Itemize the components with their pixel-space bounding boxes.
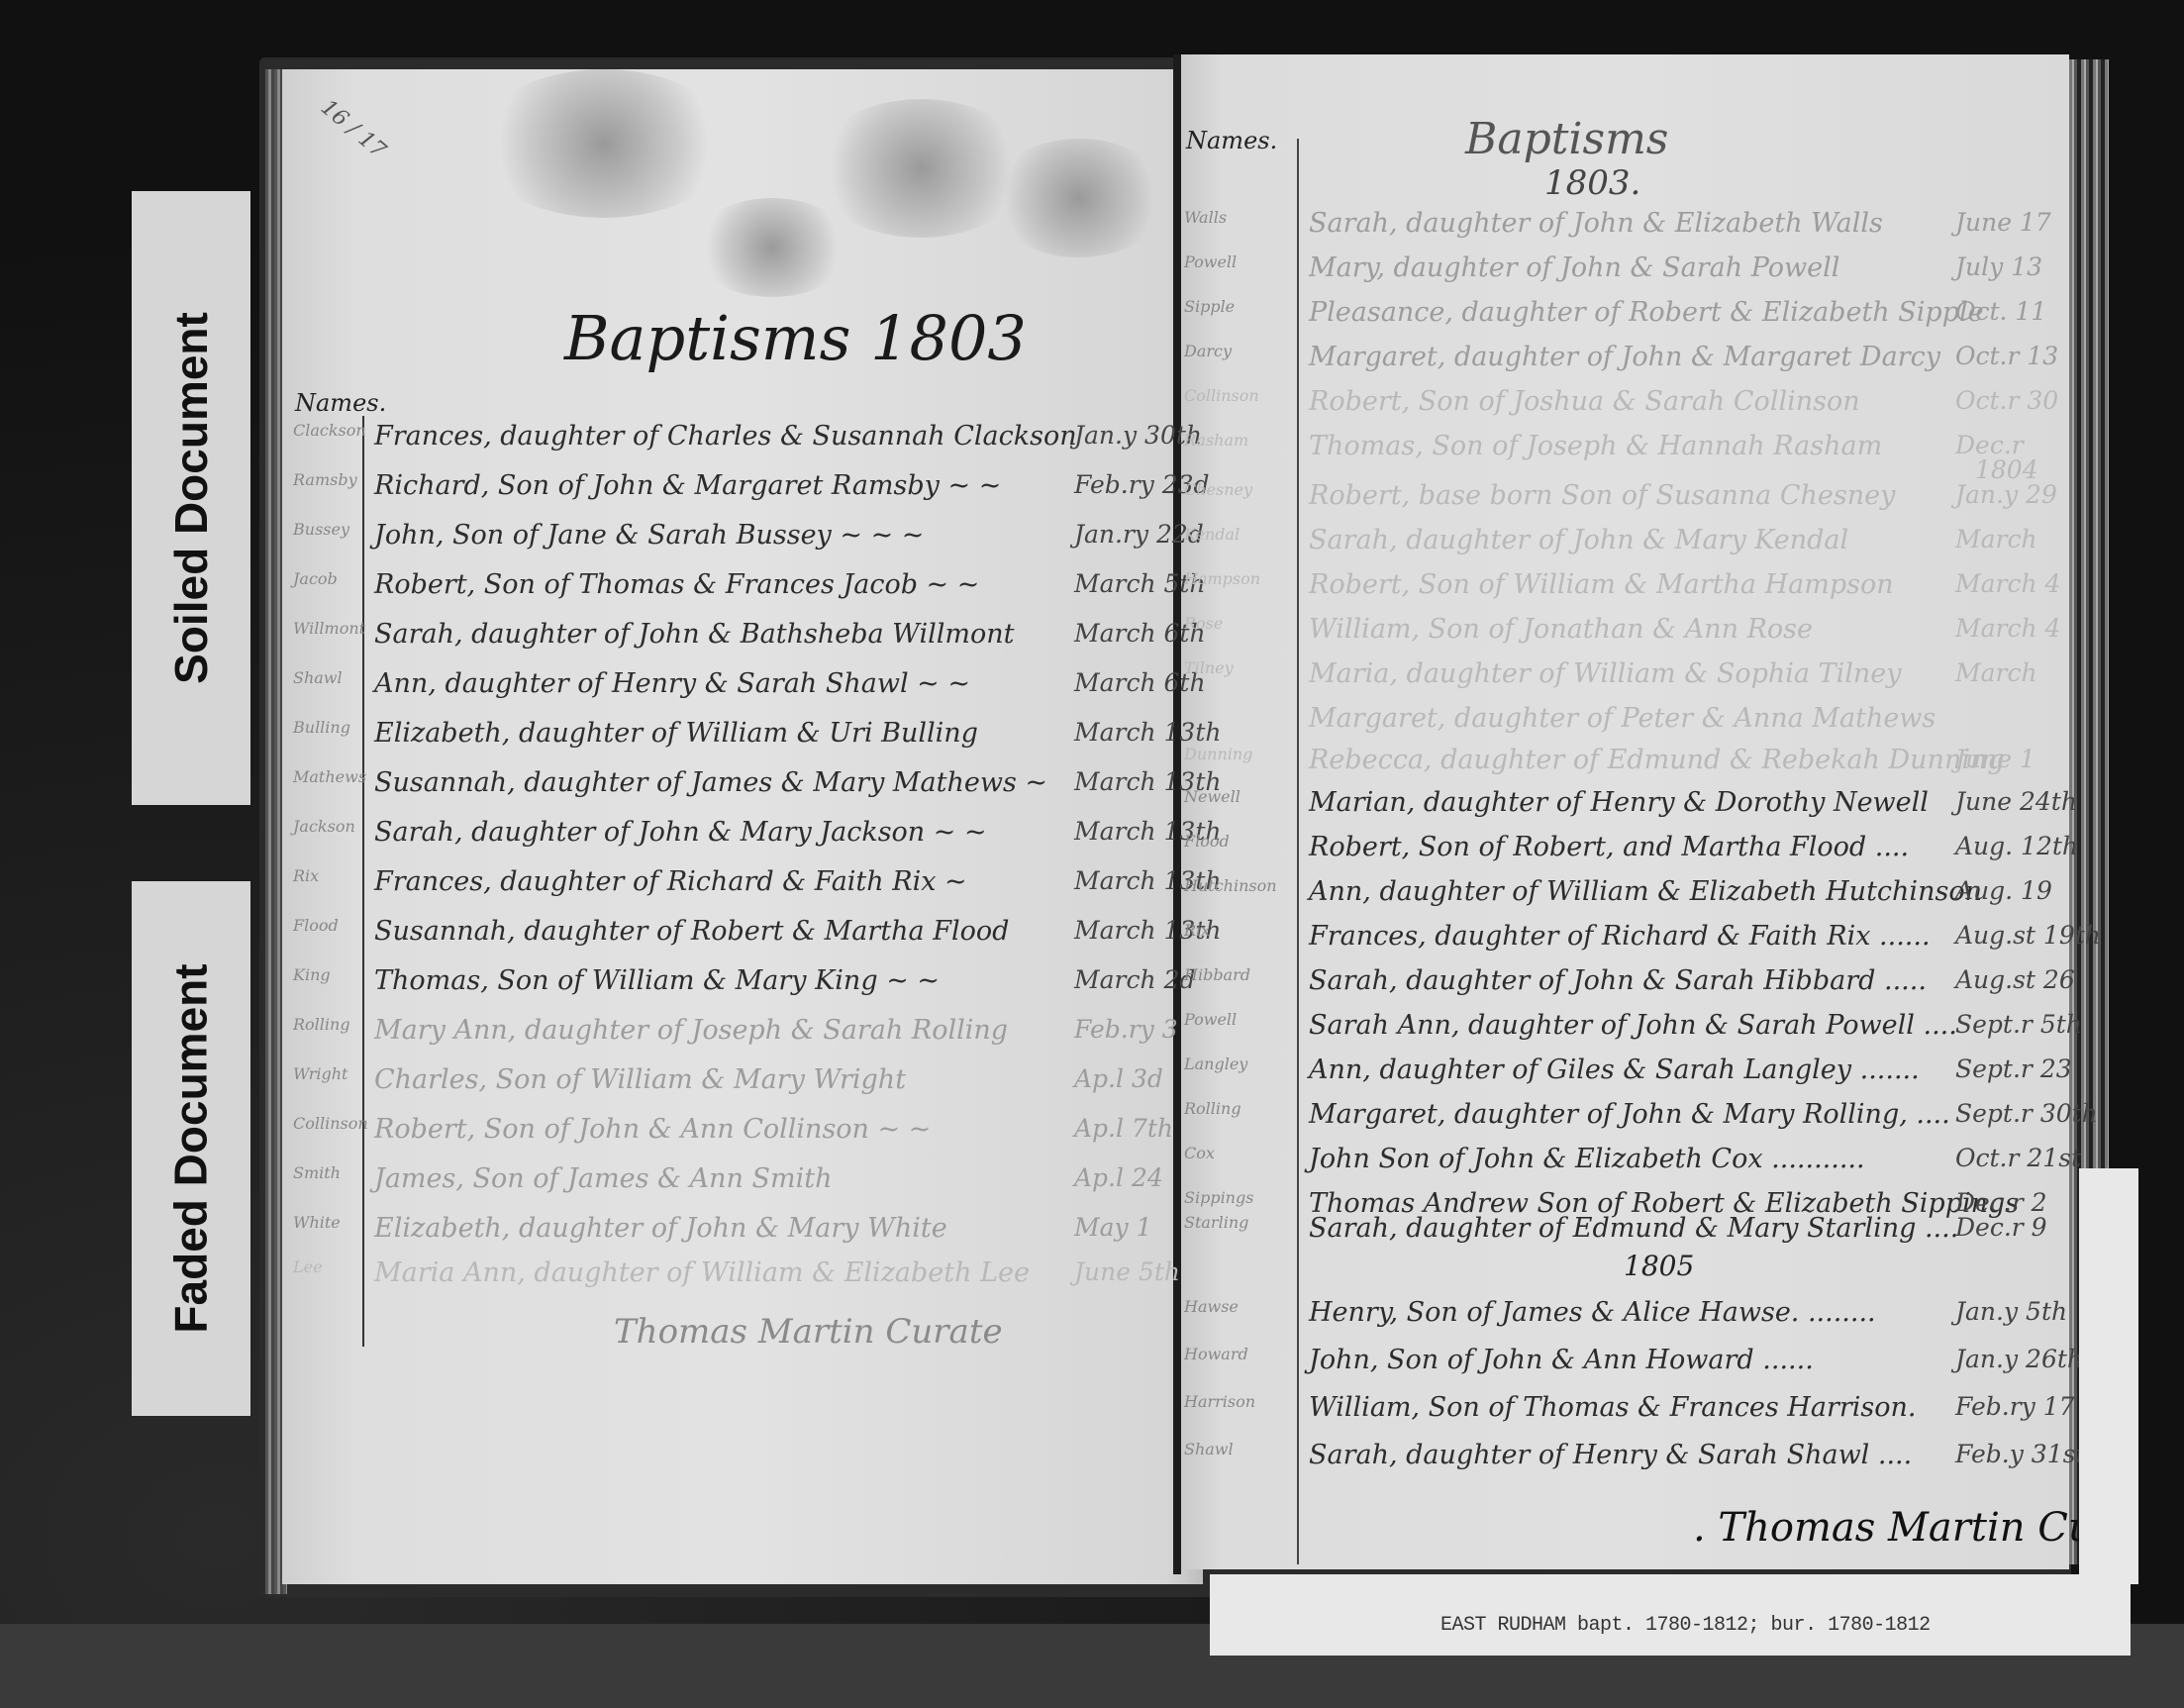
- row-entry: John, Son of Jane & Sarah Bussey ~ ~ ~: [374, 520, 924, 551]
- row-date: Oct.r 30: [1955, 386, 2058, 415]
- row-margin-surname: Mathews: [293, 767, 366, 786]
- row-entry: Elizabeth, daughter of William & Uri Bul…: [374, 718, 978, 749]
- row-date: Jan.y 29: [1955, 480, 2057, 509]
- row-date: Jan.y 5th: [1955, 1297, 2067, 1326]
- row-entry: Robert, base born Son of Susanna Chesney: [1309, 480, 1895, 511]
- film-caption: EAST RUDHAM bapt. 1780-1812; bur. 1780-1…: [1440, 1614, 1931, 1637]
- row-entry: Susannah, daughter of Robert & Martha Fl…: [374, 916, 1009, 947]
- row-margin-surname: Jacob: [293, 569, 338, 588]
- row-margin-surname: Flood: [293, 916, 339, 935]
- row-margin-surname: Chesney: [1184, 480, 1252, 499]
- row-margin-surname: Powell: [1184, 1010, 1237, 1029]
- row-entry: Sarah, daughter of Edmund & Mary Starlin…: [1309, 1213, 1958, 1244]
- row-date: March 4: [1955, 569, 2060, 598]
- row-entry: Robert, Son of John & Ann Collinson ~ ~: [374, 1114, 931, 1145]
- soiled-document-tag: Soiled Document: [132, 191, 250, 805]
- faded-document-tag: Faded Document: [132, 881, 250, 1416]
- row-margin-surname: Langley: [1184, 1055, 1247, 1073]
- row-margin-surname: Rolling: [293, 1015, 350, 1034]
- row-entry: Maria Ann, daughter of William & Elizabe…: [374, 1257, 1030, 1288]
- faded-document-label: Faded Document: [164, 963, 218, 1333]
- row-date: Oct.r 21st: [1955, 1144, 2081, 1172]
- row-entry: Mary, daughter of John & Sarah Powell: [1309, 252, 1839, 283]
- row-entry: Frances, daughter of Charles & Susannah …: [374, 421, 1077, 452]
- target-card-corner: [2079, 1168, 2138, 1584]
- row-date: Ap.l 3d: [1074, 1064, 1163, 1093]
- row-margin-surname: Howard: [1184, 1345, 1248, 1363]
- row-entry: Mary Ann, daughter of Joseph & Sarah Rol…: [374, 1015, 1008, 1046]
- row-entry: Robert, Son of Joshua & Sarah Collinson: [1309, 386, 1860, 417]
- row-entry: John, Son of John & Ann Howard ......: [1309, 1345, 1814, 1375]
- row-margin-surname: Sippings: [1184, 1188, 1253, 1207]
- row-margin-surname: Ramsby: [293, 470, 357, 489]
- row-entry: Ann, daughter of Giles & Sarah Langley .…: [1309, 1055, 1920, 1085]
- row-date: Feb.ry 3: [1074, 1015, 1178, 1044]
- row-margin-surname: Rix: [293, 866, 319, 885]
- row-entry: Margaret, daughter of John & Margaret Da…: [1309, 342, 1940, 372]
- row-margin-surname: Newell: [1184, 787, 1241, 806]
- row-margin-surname: Shawl: [293, 668, 343, 687]
- row-margin-surname: Bussey: [293, 520, 349, 539]
- row-entry: Henry, Son of James & Alice Hawse. .....…: [1309, 1297, 1876, 1328]
- row-margin-surname: Hawse: [1184, 1297, 1239, 1316]
- row-entry: Richard, Son of John & Margaret Ramsby ~…: [374, 470, 1001, 501]
- row-entry: Sarah, daughter of John & Bathsheba Will…: [374, 619, 1014, 650]
- row-date: March 13th: [1074, 718, 1221, 747]
- row-entry: Sarah, daughter of John & Sarah Hibbard …: [1309, 965, 1927, 996]
- row-margin-surname: King: [293, 965, 331, 984]
- row-entry: Sarah, daughter of John & Mary Kendal: [1309, 525, 1848, 555]
- row-date: June 17: [1955, 208, 2051, 237]
- right-names-header: Names.: [1186, 127, 1277, 154]
- row-entry: Thomas, Son of Joseph & Hannah Rasham: [1309, 431, 1882, 461]
- row-margin-surname: Rose: [1184, 614, 1223, 633]
- row-entry: Sarah, daughter of John & Mary Jackson ~…: [374, 817, 987, 848]
- right-page-year: 1803.: [1544, 163, 1640, 203]
- row-date: Aug.st 19th: [1955, 921, 2101, 950]
- row-entry: Robert, Son of William & Martha Hampson: [1309, 569, 1894, 600]
- row-date: Oct. 11: [1955, 297, 2046, 326]
- row-entry: Susannah, daughter of James & Mary Mathe…: [374, 767, 1047, 798]
- row-margin-surname: Collinson: [293, 1114, 368, 1133]
- row-entry: Frances, daughter of Richard & Faith Rix…: [374, 866, 967, 897]
- row-entry: Ann, daughter of Henry & Sarah Shawl ~ ~: [374, 668, 970, 699]
- row-entry: John Son of John & Elizabeth Cox .......…: [1309, 1144, 1865, 1174]
- year-1805-heading: 1805: [1624, 1250, 1694, 1282]
- row-margin-surname: Walls: [1184, 208, 1227, 227]
- row-margin-surname: Rasham: [1184, 431, 1248, 450]
- row-margin-surname: Dunning: [1184, 745, 1252, 763]
- left-margin-rule: [362, 416, 364, 1347]
- row-margin-surname: Starling: [1184, 1213, 1248, 1232]
- left-page-title: Baptisms 1803: [564, 302, 1027, 374]
- row-date: Feb.y 31st: [1955, 1440, 2085, 1468]
- row-entry: Thomas, Son of William & Mary King ~ ~: [374, 965, 940, 996]
- row-entry: Elizabeth, daughter of John & Mary White: [374, 1213, 947, 1244]
- row-date: Sept.r 23: [1955, 1055, 2072, 1083]
- row-entry: Sarah Ann, daughter of John & Sarah Powe…: [1309, 1010, 1957, 1041]
- row-date: July 13: [1955, 252, 2042, 281]
- row-entry: Maria, daughter of William & Sophia Tiln…: [1309, 658, 1902, 689]
- soil-stain: [693, 198, 851, 297]
- row-margin-surname: Wright: [293, 1064, 347, 1083]
- row-date: June 1: [1955, 745, 2035, 773]
- soil-stain: [990, 139, 1168, 257]
- row-entry: Margaret, daughter of John & Mary Rollin…: [1309, 1099, 1950, 1130]
- row-margin-surname: Harrison: [1184, 1392, 1255, 1411]
- row-entry: Charles, Son of William & Mary Wright: [374, 1064, 906, 1095]
- book-spine: [1173, 54, 1181, 1574]
- row-entry: Robert, Son of Thomas & Frances Jacob ~ …: [374, 569, 979, 600]
- row-margin-surname: Kendal: [1184, 525, 1240, 544]
- row-date: Sept.r 5th: [1955, 1010, 2082, 1039]
- row-margin-surname: Darcy: [1184, 342, 1232, 360]
- row-date: Aug.st 26: [1955, 965, 2075, 994]
- row-entry: Robert, Son of Robert, and Martha Flood …: [1309, 832, 1909, 862]
- row-margin-surname: Hibbard: [1184, 965, 1250, 984]
- row-date: March: [1955, 525, 2037, 553]
- row-date: Jan.y 30th: [1074, 421, 1202, 450]
- row-entry: Rebecca, daughter of Edmund & Rebekah Du…: [1309, 745, 2005, 775]
- soiled-document-label: Soiled Document: [164, 312, 218, 684]
- row-date: Dec.r 9: [1955, 1213, 2047, 1242]
- row-margin-surname: Shawl: [1184, 1440, 1234, 1458]
- row-entry: William, Son of Jonathan & Ann Rose: [1309, 614, 1813, 645]
- row-entry: Sarah, daughter of Henry & Sarah Shawl .…: [1309, 1440, 1912, 1470]
- row-entry: Sarah, daughter of John & Elizabeth Wall…: [1309, 208, 1883, 239]
- row-margin-surname: Lee: [293, 1257, 323, 1276]
- row-date: March: [1955, 658, 2037, 687]
- row-margin-surname: Cox: [1184, 1144, 1215, 1162]
- row-margin-surname: Rix: [1184, 921, 1210, 940]
- row-date: Jan.y 26th: [1955, 1345, 2083, 1373]
- row-margin-surname: Willmont: [293, 619, 365, 638]
- row-margin-surname: Collinson: [1184, 386, 1259, 405]
- row-margin-surname: Sipple: [1184, 297, 1235, 316]
- row-margin-surname: Hampson: [1184, 569, 1260, 588]
- right-page-title: Baptisms: [1465, 114, 1668, 164]
- left-names-header: Names.: [295, 389, 386, 417]
- row-date: Ap.l 24: [1074, 1163, 1163, 1192]
- row-margin-surname: White: [293, 1213, 341, 1232]
- row-margin-surname: Jackson: [293, 817, 355, 836]
- row-date: June 5th: [1074, 1257, 1180, 1286]
- row-date: Ap.l 7th: [1074, 1114, 1173, 1143]
- row-date: Feb.ry 17: [1955, 1392, 2075, 1421]
- row-date: May 1: [1074, 1213, 1151, 1242]
- row-date: Oct.r 13: [1955, 342, 2058, 370]
- row-margin-surname: Tilney: [1184, 658, 1234, 677]
- row-margin-surname: Hutchinson: [1184, 876, 1277, 895]
- soil-stain: [475, 69, 733, 218]
- row-margin-surname: Clackson: [293, 421, 366, 440]
- left-curate-signature: Thomas Martin Curate: [614, 1312, 1003, 1352]
- row-margin-surname: Rolling: [1184, 1099, 1241, 1118]
- row-date: Aug. 12th: [1955, 832, 2078, 860]
- row-entry: Ann, daughter of William & Elizabeth Hut…: [1309, 876, 1982, 907]
- row-entry: Frances, daughter of Richard & Faith Rix…: [1309, 921, 1931, 952]
- row-margin-surname: Smith: [293, 1163, 341, 1182]
- row-margin-surname: Bulling: [293, 718, 350, 737]
- row-entry: Marian, daughter of Henry & Dorothy Newe…: [1309, 787, 1929, 818]
- row-entry: Margaret, daughter of Peter & Anna Mathe…: [1309, 703, 1936, 734]
- row-entry: Pleasance, daughter of Robert & Elizabet…: [1309, 297, 1984, 328]
- row-margin-surname: Powell: [1184, 252, 1237, 271]
- row-date: Sept.r 30th: [1955, 1099, 2098, 1128]
- row-margin-surname: Flood: [1184, 832, 1230, 851]
- right-margin-rule: [1297, 139, 1299, 1564]
- row-date: Aug. 19: [1955, 876, 2052, 905]
- row-entry: James, Son of James & Ann Smith: [374, 1163, 832, 1194]
- row-date: March 2d: [1074, 965, 1195, 994]
- row-date: June 24th: [1955, 787, 2077, 816]
- row-entry: William, Son of Thomas & Frances Harriso…: [1309, 1392, 1917, 1423]
- row-date: March 4: [1955, 614, 2060, 643]
